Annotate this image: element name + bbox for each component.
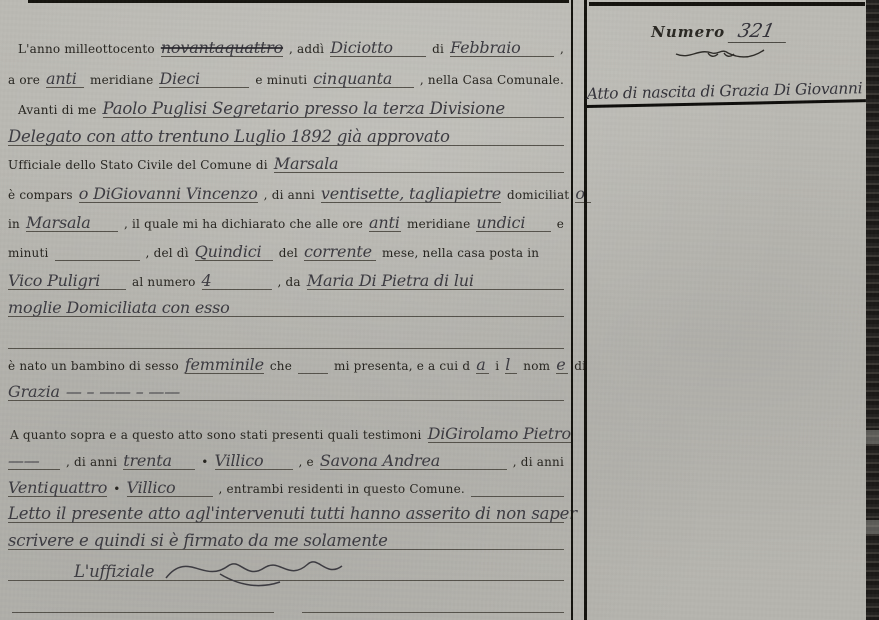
form-line: Ufficiale dello Stato Civile del Comune … xyxy=(8,146,564,173)
ruled-blank xyxy=(55,257,140,261)
printed-text: e xyxy=(557,217,564,232)
official-signature xyxy=(160,554,350,592)
form-line: a oreantimeridianeDiecie minuticinquanta… xyxy=(8,57,564,88)
printed-text: , da xyxy=(278,275,301,290)
margin-column: Numero 321 Atto di nascita di Grazia Di … xyxy=(587,0,866,620)
printed-text: è compars xyxy=(8,188,73,203)
handwritten-text: Diciotto xyxy=(330,40,426,57)
handwritten-text: L'uffiziale xyxy=(74,564,154,581)
printed-text: al numero xyxy=(132,275,196,290)
form-lines: L'anno milleottocentonovantaquattro, add… xyxy=(8,0,564,613)
handwritten-text: Maria Di Pietra di lui xyxy=(307,273,564,290)
spacer xyxy=(280,611,296,613)
printed-text: a ore xyxy=(8,73,40,88)
printed-text: , addì xyxy=(289,42,324,57)
printed-text: nom xyxy=(523,359,550,374)
handwritten-text: Savona Andrea xyxy=(320,453,507,470)
handwritten-text: Marsala xyxy=(274,156,564,173)
handwritten-text: Villico xyxy=(215,453,293,470)
printed-text: in xyxy=(8,217,20,232)
top-rule xyxy=(589,2,865,6)
handwritten-text: 4 xyxy=(202,273,272,290)
form-line: Grazia— – —— – —— xyxy=(8,374,564,401)
handwritten-text: Grazia xyxy=(8,384,60,400)
printed-text: mese, nella casa posta in xyxy=(382,246,539,261)
numero-label: Numero xyxy=(651,23,725,41)
form-line: Delegato con atto trentuno Luglio 1892 g… xyxy=(8,118,564,146)
form-line: L'uffiziale xyxy=(8,550,564,581)
handwritten-text: undici xyxy=(476,215,550,232)
printed-text: di xyxy=(432,42,444,57)
printed-text: che xyxy=(270,359,292,374)
form-line: L'anno milleottocentonovantaquattro, add… xyxy=(8,28,564,57)
form-line: A quanto sopra e a questo atto sono stat… xyxy=(8,401,564,443)
book-binding-edge xyxy=(866,0,879,620)
act-title: Atto di nascita di Grazia Di Giovanni xyxy=(587,81,866,107)
form-line xyxy=(8,317,564,349)
handwritten-text: cinquanta xyxy=(313,71,414,88)
handwritten-text: Villico xyxy=(127,480,213,497)
printed-text: mi presenta, e a cui d xyxy=(334,359,470,374)
act-number-row: Numero 321 xyxy=(587,22,866,43)
printed-text: , di anni xyxy=(264,188,315,203)
form-line: minuti, del dìQuindicidelcorrentemese, n… xyxy=(8,232,564,261)
form-line: Ventiquattro•Villico, entrambi residenti… xyxy=(8,470,564,497)
printed-text: meridiane xyxy=(90,73,153,88)
handwritten-text: Marsala xyxy=(26,215,118,232)
page-divider-left xyxy=(571,0,573,620)
ruled-blank xyxy=(12,609,274,613)
printed-text: , il quale mi ha dichiarato che alle ore xyxy=(124,217,363,232)
handwritten-text: o DiGiovanni Vincenzo xyxy=(79,186,258,203)
form-line: è comparso DiGiovanni Vincenzo, di anniv… xyxy=(8,173,564,203)
form-line: ——, di annitrenta•Villico, eSavona Andre… xyxy=(8,443,564,470)
printed-text: e minuti xyxy=(255,73,307,88)
printed-text: Ufficiale dello Stato Civile del Comune … xyxy=(8,158,268,173)
printed-text: domiciliat xyxy=(507,188,569,203)
printed-text: , e xyxy=(299,455,314,470)
handwritten-text: trenta xyxy=(123,453,195,470)
handwritten-text: Ventiquattro xyxy=(8,480,107,497)
handwritten-text: Quindici xyxy=(195,244,273,261)
form-line: Avanti di mePaolo Puglisi Segretario pre… xyxy=(8,88,564,118)
form-line: inMarsala, il quale mi ha dichiarato che… xyxy=(8,203,564,232)
handwritten-text: — – —— – —— xyxy=(66,384,564,400)
flourish-icon xyxy=(587,45,866,65)
handwritten-text: femminile xyxy=(185,357,264,374)
form-line: moglie Domiciliata con esso xyxy=(8,290,564,317)
printed-text: meridiane xyxy=(407,217,470,232)
act-page: L'anno milleottocentonovantaquattro, add… xyxy=(0,0,571,620)
handwritten-text: Paolo Puglisi Segretario presso la terza… xyxy=(103,101,564,119)
printed-text: , nella Casa Comunale. xyxy=(420,73,564,88)
printed-text: , del dì xyxy=(146,246,189,261)
printed-text: , di anni xyxy=(513,455,564,470)
handwritten-text: Delegato con atto trentuno Luglio 1892 g… xyxy=(8,129,564,147)
handwritten-text: Febbraio xyxy=(450,40,554,57)
handwritten-text: novantaquattro xyxy=(161,40,283,57)
act-number: 321 xyxy=(728,22,790,43)
handwritten-text: —— xyxy=(8,453,60,470)
handwritten-text: scrivere e quindi si è firmato da me sol… xyxy=(8,533,388,550)
form-line: Letto il presente atto agl'intervenuti t… xyxy=(8,497,564,523)
printed-text: • xyxy=(113,482,120,497)
handwritten-text: DiGirolamo Pietro xyxy=(428,426,571,443)
spacer xyxy=(8,578,68,580)
printed-text: è nato un bambino di sesso xyxy=(8,359,179,374)
ruled-blank xyxy=(471,493,564,497)
printed-text: , xyxy=(560,42,564,57)
printed-text: A quanto sopra e a questo atto sono stat… xyxy=(10,428,422,443)
handwritten-text: ventisette, tagliapietre xyxy=(321,186,501,203)
handwritten-text: corrente xyxy=(304,244,376,261)
form-line: scrivere e quindi si è firmato da me sol… xyxy=(8,523,564,550)
handwritten-text: anti xyxy=(46,71,84,88)
scanned-birth-record: L'anno milleottocentonovantaquattro, add… xyxy=(0,0,879,620)
printed-text: , entrambi residenti in questo Comune. xyxy=(219,482,465,497)
printed-text: , di anni xyxy=(66,455,117,470)
handwritten-text: moglie Domiciliata con esso xyxy=(8,300,230,316)
printed-text: • xyxy=(201,455,208,470)
printed-text: minuti xyxy=(8,246,49,261)
handwritten-text: Vico Puligri xyxy=(8,273,126,290)
printed-text: i xyxy=(495,359,499,374)
ruled-blank xyxy=(298,370,328,374)
form-line: è nato un bambino di sessofemminilechemi… xyxy=(8,349,564,374)
handwritten-text: anti xyxy=(369,215,401,232)
ruled-blank xyxy=(302,609,564,613)
handwritten-text: l xyxy=(505,357,517,374)
printed-text: Avanti di me xyxy=(18,103,97,118)
handwritten-text: Letto il presente atto agl'intervenuti t… xyxy=(8,506,577,523)
printed-text: L'anno milleottocento xyxy=(18,42,155,57)
handwritten-text: e xyxy=(556,357,568,374)
form-line: Vico Puligrial numero4, daMaria Di Pietr… xyxy=(8,261,564,290)
printed-text: del xyxy=(279,246,298,261)
handwritten-text: a xyxy=(476,357,489,374)
handwritten-text: Dieci xyxy=(159,71,249,88)
